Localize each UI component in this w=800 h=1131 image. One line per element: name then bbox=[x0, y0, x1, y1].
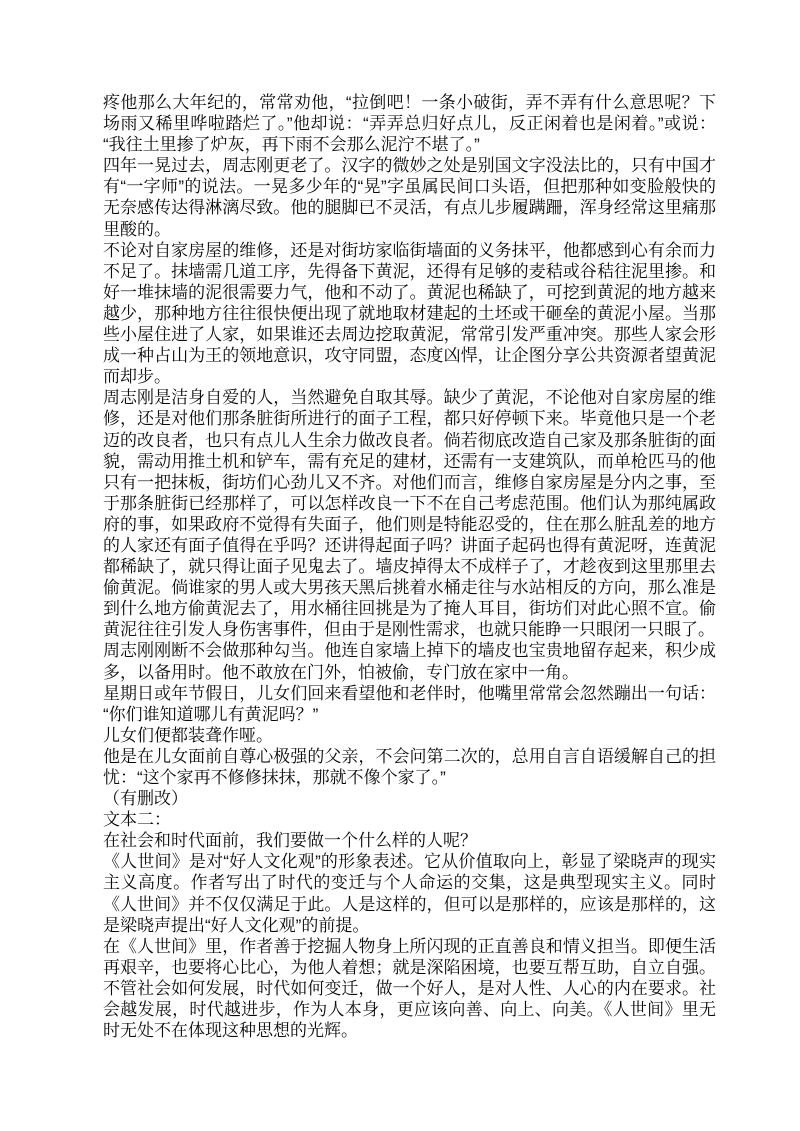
passage-paragraph: 周志刚刚断不会做那种勾当。他连自家墙上掉下的墙皮也宝贵地留存起来，积少成多，以备… bbox=[103, 640, 716, 682]
passage-paragraph: 疼他那么大年纪的，常常劝他，“拉倒吧！一条小破街，弄不弄有什么意思呢？下场雨又稀… bbox=[103, 92, 716, 155]
passage-paragraph: 他是在儿女面前自尊心极强的父亲，不会问第二次的，总用自言自语缓解自己的担忧：“这… bbox=[103, 746, 716, 788]
text-two-heading: 文本二： bbox=[103, 809, 716, 830]
source-note: （有删改） bbox=[103, 788, 716, 809]
passage-paragraph: 在社会和时代面前，我们要做一个什么样的人呢？ bbox=[103, 830, 716, 851]
document-page: 疼他那么大年纪的，常常劝他，“拉倒吧！一条小破街，弄不弄有什么意思呢？下场雨又稀… bbox=[103, 92, 716, 1041]
passage-paragraph: 在《人世间》里，作者善于挖掘人物身上所闪现的正直善良和情义担当。即便生活再艰辛，… bbox=[103, 936, 716, 1041]
passage-paragraph: 《人世间》是对“好人文化观”的形象表述。它从价值取向上，彰显了梁晓声的现实主义高… bbox=[103, 851, 716, 935]
passage-paragraph: 星期日或年节假日，儿女们回来看望他和老伴时，他嘴里常常会忽然蹦出一句话：“你们谁… bbox=[103, 683, 716, 725]
passage-paragraph: 儿女们便都装聋作哑。 bbox=[103, 725, 716, 746]
passage-paragraph: 不论对自家房屋的维修，还是对街坊家临街墙面的义务抹平，他都感到心有余而力不足了。… bbox=[103, 240, 716, 388]
passage-paragraph: 四年一晃过去，周志刚更老了。汉字的微妙之处是别国文字没法比的，只有中国才有“一字… bbox=[103, 155, 716, 239]
passage-paragraph: 周志刚是洁身自爱的人，当然避免自取其辱。缺少了黄泥，不论他对自家房屋的维修，还是… bbox=[103, 387, 716, 640]
